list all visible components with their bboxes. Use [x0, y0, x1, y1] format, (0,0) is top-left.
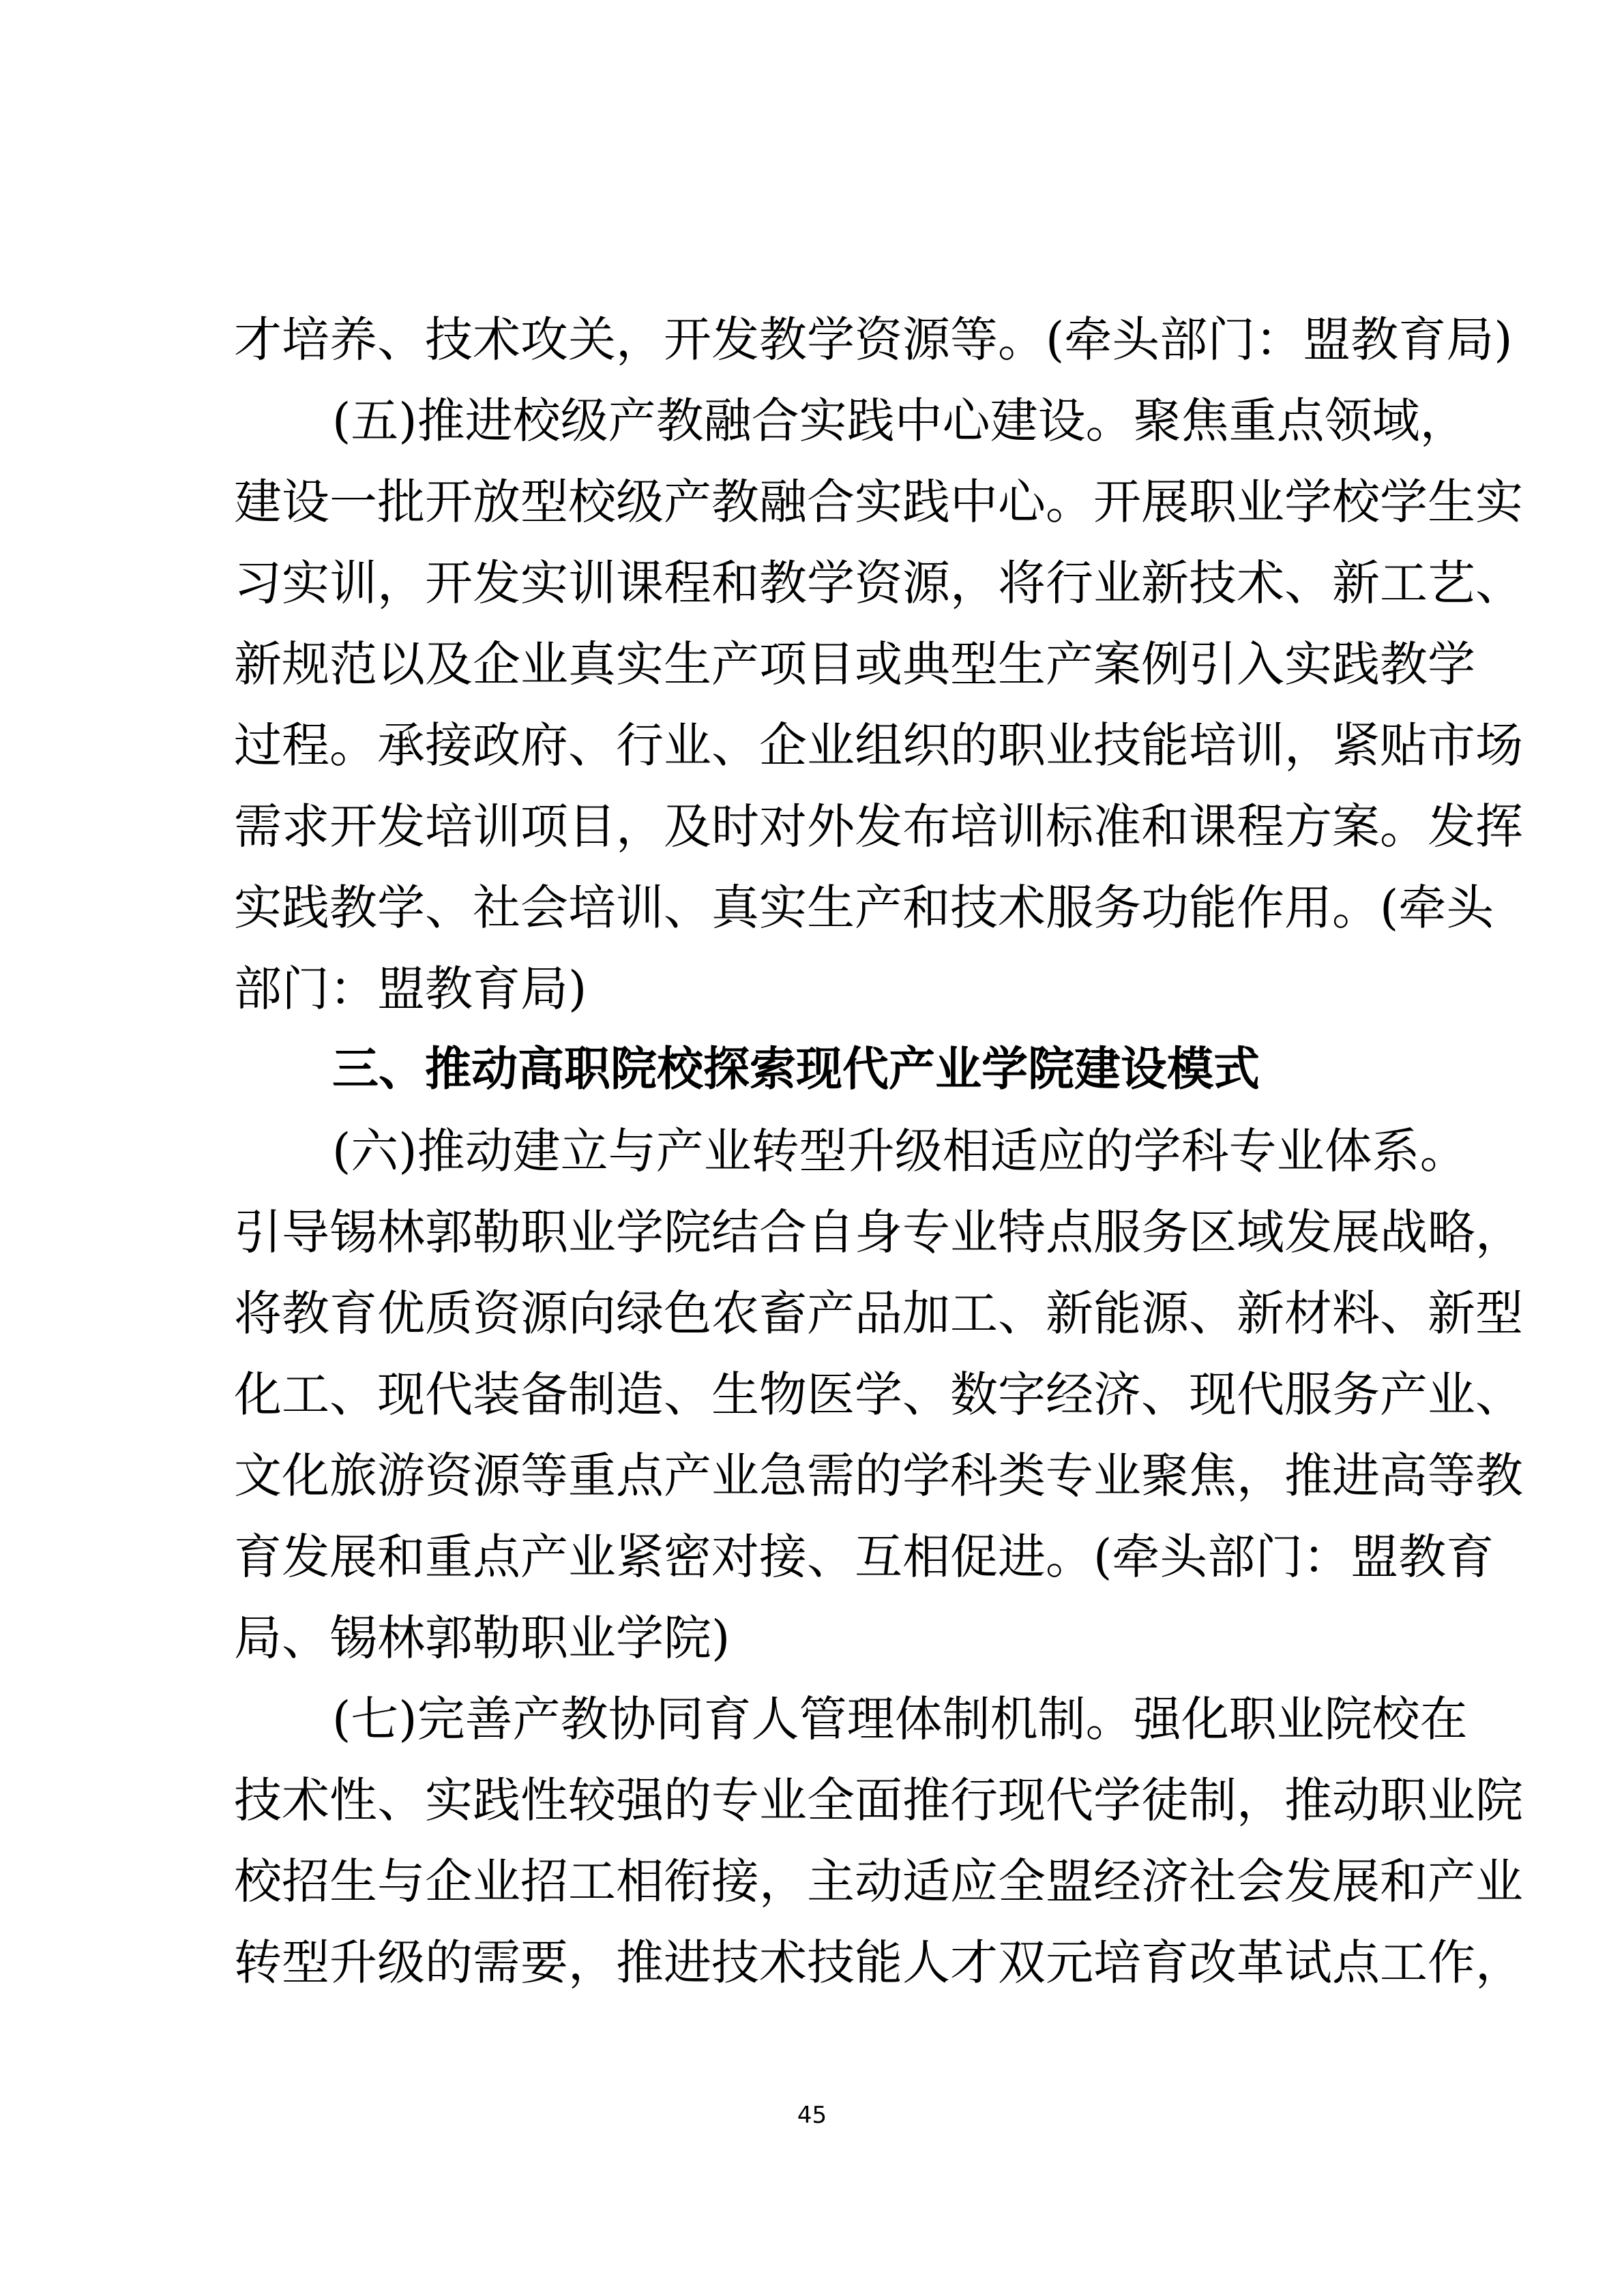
text-line: 实践教学、社会培训、真实生产和技术服务功能作用。(牵头	[234, 874, 1398, 942]
section-heading-3: 三、推动高职院校探索现代产业学院建设模式	[332, 1036, 1398, 1104]
paragraph-5-start: (五)推进校级产教融合实践中心建设。聚焦重点领域，	[332, 387, 1398, 455]
text-line: 建设一批开放型校级产教融合实践中心。开展职业学校学生实	[234, 468, 1398, 536]
text-line: 过程。承接政府、行业、企业组织的职业技能培训，紧贴市场	[234, 711, 1398, 779]
text-line-continuation: 才培养、技术攻关，开发教学资源等。(牵头部门：盟教育局)	[234, 305, 1398, 374]
text-line: 化工、现代装备制造、生物医学、数字经济、现代服务产业、	[234, 1360, 1398, 1429]
paragraph-6-start: (六)推动建立与产业转型升级相适应的学科专业体系。	[332, 1117, 1398, 1185]
paragraph-7-start: (七)完善产教协同育人管理体制机制。强化职业院校在	[332, 1685, 1398, 1753]
text-line: 需求开发培训项目，及时对外发布培训标准和课程方案。发挥	[234, 792, 1398, 861]
text-line: 校招生与企业招工相衔接，主动适应全盟经济社会发展和产业	[234, 1847, 1398, 1915]
text-line: 习实训，开发实训课程和教学资源，将行业新技术、新工艺、	[234, 549, 1398, 617]
text-line: 转型升级的需要，推进技术技能人才双元培育改革试点工作，	[234, 1928, 1398, 1997]
text-line-end: 部门：盟教育局)	[234, 955, 1398, 1023]
document-page: 才培养、技术攻关，开发教学资源等。(牵头部门：盟教育局) (五)推进校级产教融合…	[0, 0, 1624, 2296]
text-line-end: 局、锡林郭勒职业学院)	[234, 1604, 1398, 1672]
text-line: 新规范以及企业真实生产项目或典型生产案例引入实践教学	[234, 630, 1398, 698]
page-number: 45	[0, 2102, 1624, 2129]
text-line: 育发展和重点产业紧密对接、互相促进。(牵头部门：盟教育	[234, 1523, 1398, 1591]
text-line: 引导锡林郭勒职业学院结合自身专业特点服务区域发展战略，	[234, 1198, 1398, 1266]
text-line: 将教育优质资源向绿色农畜产品加工、新能源、新材料、新型	[234, 1279, 1398, 1347]
text-line: 技术性、实践性较强的专业全面推行现代学徒制，推动职业院	[234, 1766, 1398, 1834]
text-line: 文化旅游资源等重点产业急需的学科类专业聚焦，推进高等教	[234, 1442, 1398, 1510]
